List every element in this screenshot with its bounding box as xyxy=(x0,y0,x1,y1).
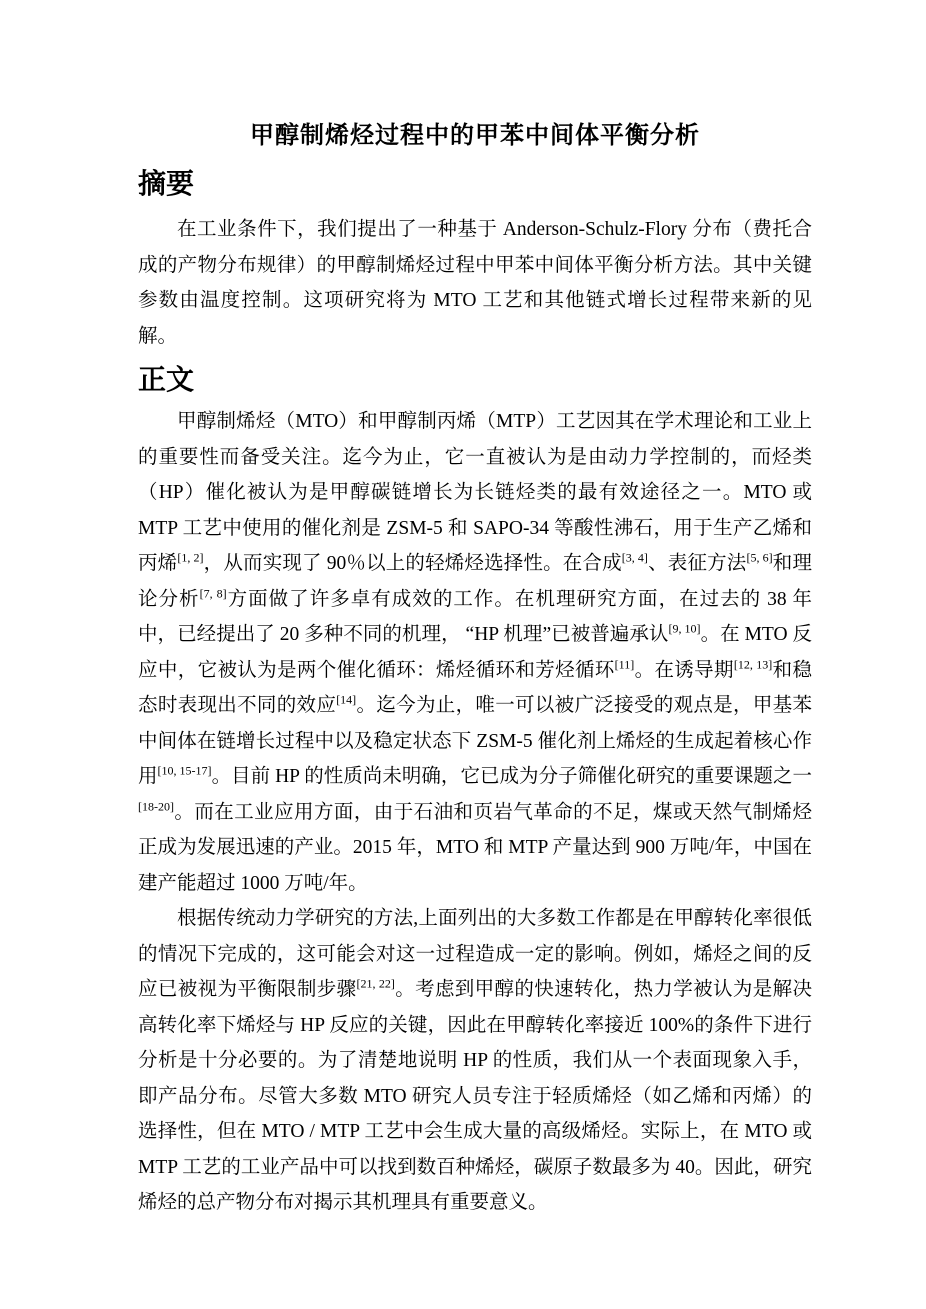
document-page: 甲醇制烯烃过程中的甲苯中间体平衡分析 摘要 在工业条件下，我们提出了一种基于 A… xyxy=(0,0,926,1309)
citation-ref: [14] xyxy=(336,693,356,707)
citation-ref: [11] xyxy=(615,657,635,671)
abstract-heading: 摘要 xyxy=(138,164,812,204)
body-paragraph-2: 根据传统动力学研究的方法,上面列出的大多数工作都是在甲醇转化率很低的情况下完成的… xyxy=(138,901,812,1221)
citation-ref: [12, 13] xyxy=(734,657,772,671)
abstract-paragraph: 在工业条件下，我们提出了一种基于 Anderson-Schulz-Flory 分… xyxy=(138,212,812,354)
citation-ref: [3, 4] xyxy=(622,551,648,565)
citation-ref: [9, 10] xyxy=(668,622,700,636)
document-title: 甲醇制烯烃过程中的甲苯中间体平衡分析 xyxy=(138,0,812,154)
citation-ref: [10, 15-17] xyxy=(158,764,212,778)
citation-ref: [7, 8] xyxy=(200,586,227,600)
citation-ref: [18-20] xyxy=(138,799,174,813)
citation-ref: [1, 2] xyxy=(177,551,203,565)
body-paragraph-1: 甲醇制烯烃（MTO）和甲醇制丙烯（MTP）工艺因其在学术理论和工业上的重要性而备… xyxy=(138,404,812,901)
main-text-heading: 正文 xyxy=(138,360,812,400)
citation-ref: [5, 6] xyxy=(746,551,772,565)
citation-ref: [21, 22] xyxy=(357,977,395,991)
